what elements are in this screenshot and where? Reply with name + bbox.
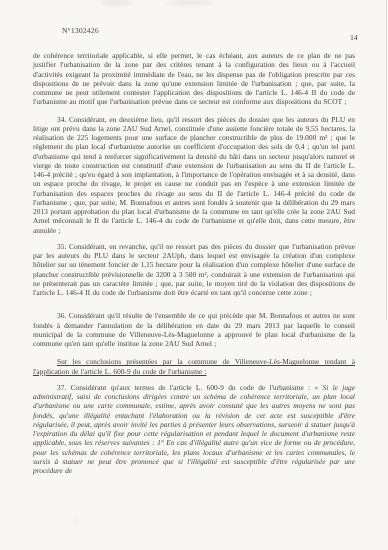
scanned-document-page: N°1302426 14 de cohérence territoriale a…: [0, 0, 388, 550]
paragraph-continuation: de cohérence territoriale applicable, si…: [33, 51, 355, 107]
scan-artifact-smudge: [100, 1, 134, 5]
paragraph-35: 35. Considérant, en revanche, qu'il ne r…: [33, 242, 355, 298]
header-page-number: 14: [350, 33, 358, 42]
paragraph-34: 34. Considérant, en deuxième lieu, qu'il…: [33, 115, 355, 235]
paragraph-37-statute-quote: « Si le juge administratif, saisi de con…: [33, 383, 355, 475]
scan-artifact-dot: [74, 520, 78, 523]
scan-artifact-right-edge: [386, 0, 387, 320]
scan-artifact-smudge: [165, 1, 215, 5]
paragraph-37-lead: 37. Considérant qu'aux termes de l'artic…: [57, 383, 314, 392]
paragraph-37: 37. Considérant qu'aux termes de l'artic…: [33, 383, 355, 476]
header-case-number: N°1302426: [62, 26, 99, 35]
document-text-block: de cohérence territoriale applicable, si…: [33, 51, 355, 483]
paragraph-36: 36. Considérant qu'il résulte de l'ensem…: [33, 311, 355, 348]
section-heading: Sur les conclusions présentées par la co…: [33, 357, 355, 376]
